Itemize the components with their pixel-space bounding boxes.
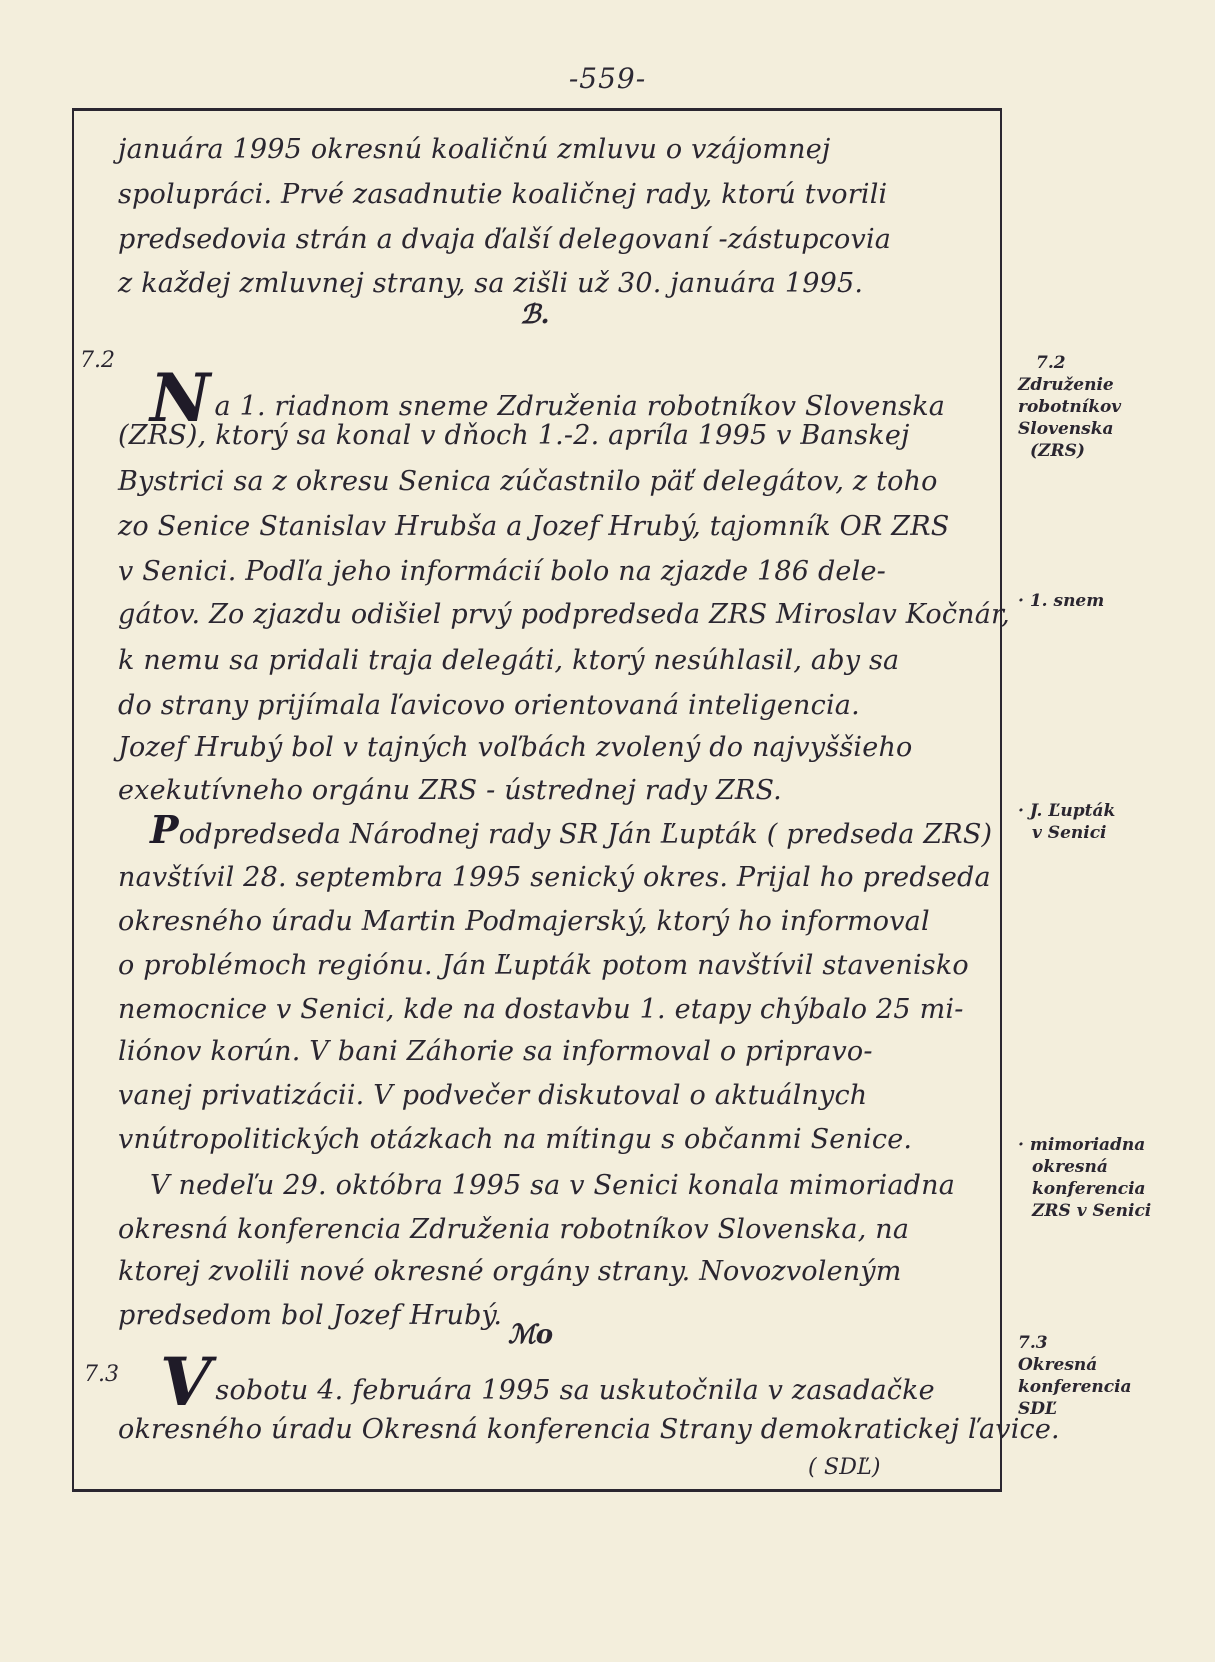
section-marker-7-2: 7.2	[80, 348, 115, 373]
section-end-flourish: ℬ.	[520, 300, 550, 330]
text-line: do strany prijímala ľavicovo orientovaná…	[118, 690, 860, 722]
text-line: navštívil 28. septembra 1995 senický okr…	[118, 862, 991, 894]
margin-note-line: ZRS v Senici	[1018, 1200, 1151, 1222]
text-line-content: odpredseda Národnej rady SR Ján Ľupták (…	[179, 819, 992, 850]
margin-note-line: (ZRS)	[1018, 440, 1121, 462]
text-line: okresného úradu Okresná konferencia Stra…	[118, 1414, 1060, 1446]
section-marker-7-3: 7.3	[84, 1362, 119, 1387]
margin-note-line: · mimoriadna	[1018, 1134, 1151, 1156]
text-line: okresného úradu Martin Podmajerský, ktor…	[118, 906, 930, 938]
margin-note-snem: · 1. snem	[1018, 590, 1104, 612]
text-line: liónov korún. V bani Záhorie sa informov…	[118, 1036, 873, 1068]
margin-note-line: okresná	[1018, 1156, 1151, 1178]
margin-note-line: · J. Ľupták	[1018, 800, 1115, 822]
margin-note-luptak: · J. Ľupták v Senici	[1018, 800, 1115, 844]
margin-note-line: · 1. snem	[1018, 590, 1104, 612]
margin-note-line: Slovenska	[1018, 418, 1121, 440]
margin-note-zrs: 7.2 Združenie robotníkov Slovenska (ZRS)	[1018, 352, 1121, 462]
text-line: k nemu sa pridali traja delegáti, ktorý …	[118, 645, 899, 677]
margin-note-mimoriadna: · mimoriadna okresná konferencia ZRS v S…	[1018, 1134, 1151, 1222]
page-number: -559-	[0, 62, 1215, 95]
margin-note-line: konferencia	[1018, 1178, 1151, 1200]
text-line: vanej privatizácii. V podvečer diskutova…	[118, 1080, 867, 1112]
text-line: o problémoch regiónu. Ján Ľupták potom n…	[118, 950, 969, 982]
margin-note-line: 7.2	[1018, 352, 1121, 374]
margin-note-line: konferencia	[1018, 1376, 1132, 1398]
margin-note-line: v Senici	[1018, 822, 1115, 844]
text-line: okresná konferencia Združenia robotníkov…	[118, 1214, 909, 1246]
text-line-content: a 1. riadnom sneme Združenia robotníkov …	[215, 391, 946, 422]
margin-note-line: 7.3	[1018, 1332, 1132, 1354]
text-line: (ZRS), ktorý sa konal v dňoch 1.-2. aprí…	[118, 420, 910, 452]
margin-note-sdl: 7.3 Okresná konferencia SDĽ	[1018, 1332, 1132, 1420]
text-line: spolupráci. Prvé zasadnutie koaličnej ra…	[118, 179, 887, 211]
text-line: ( SDĽ)	[808, 1452, 881, 1484]
margin-note-line: Združenie	[1018, 374, 1121, 396]
text-line: exekutívneho orgánu ZRS - ústrednej rady…	[118, 775, 782, 807]
text-line: gátov. Zo zjazdu odišiel prvý podpredsed…	[118, 599, 1010, 631]
text-line: v Senici. Podľa jeho informácií bolo na …	[118, 556, 886, 588]
text-line: predsedovia strán a dvaja ďalší delegova…	[118, 224, 891, 256]
margin-note-line: SDĽ	[1018, 1398, 1132, 1420]
dropcap-p: P	[150, 807, 179, 852]
text-line: Jozef Hrubý bol v tajných voľbách zvolen…	[118, 732, 913, 764]
text-line: predsedom bol Jozef Hrubý.	[118, 1300, 502, 1332]
text-line: nemocnice v Senici, kde na dostavbu 1. e…	[118, 994, 964, 1026]
text-line: zo Senice Stanislav Hrubša a Jozef Hrubý…	[118, 511, 949, 543]
text-line: ktorej zvolili nové okresné orgány stran…	[118, 1256, 902, 1288]
text-line: Vsobotu 4. februára 1995 sa uskutočnila …	[160, 1352, 935, 1412]
text-line: Na 1. riadnom sneme Združenia robotníkov…	[150, 368, 945, 428]
text-line: Bystrici sa z okresu Senica zúčastnilo p…	[118, 466, 938, 498]
text-line: Podpredseda Národnej rady SR Ján Ľupták …	[150, 814, 992, 851]
section-end-flourish: ℳo	[508, 1320, 553, 1350]
margin-note-line: Okresná	[1018, 1354, 1132, 1376]
text-line: z každej zmluvnej strany, sa zišli už 30…	[118, 268, 863, 300]
dropcap-v: V	[160, 1343, 211, 1421]
margin-note-line: robotníkov	[1018, 396, 1121, 418]
text-line: vnútropolitických otázkach na mítingu s …	[118, 1124, 912, 1156]
text-line: januára 1995 okresnú koaličnú zmluvu o v…	[118, 134, 830, 166]
text-line: V nedeľu 29. októbra 1995 sa v Senici ko…	[150, 1170, 955, 1202]
text-line-content: sobotu 4. februára 1995 sa uskutočnila v…	[215, 1375, 934, 1406]
